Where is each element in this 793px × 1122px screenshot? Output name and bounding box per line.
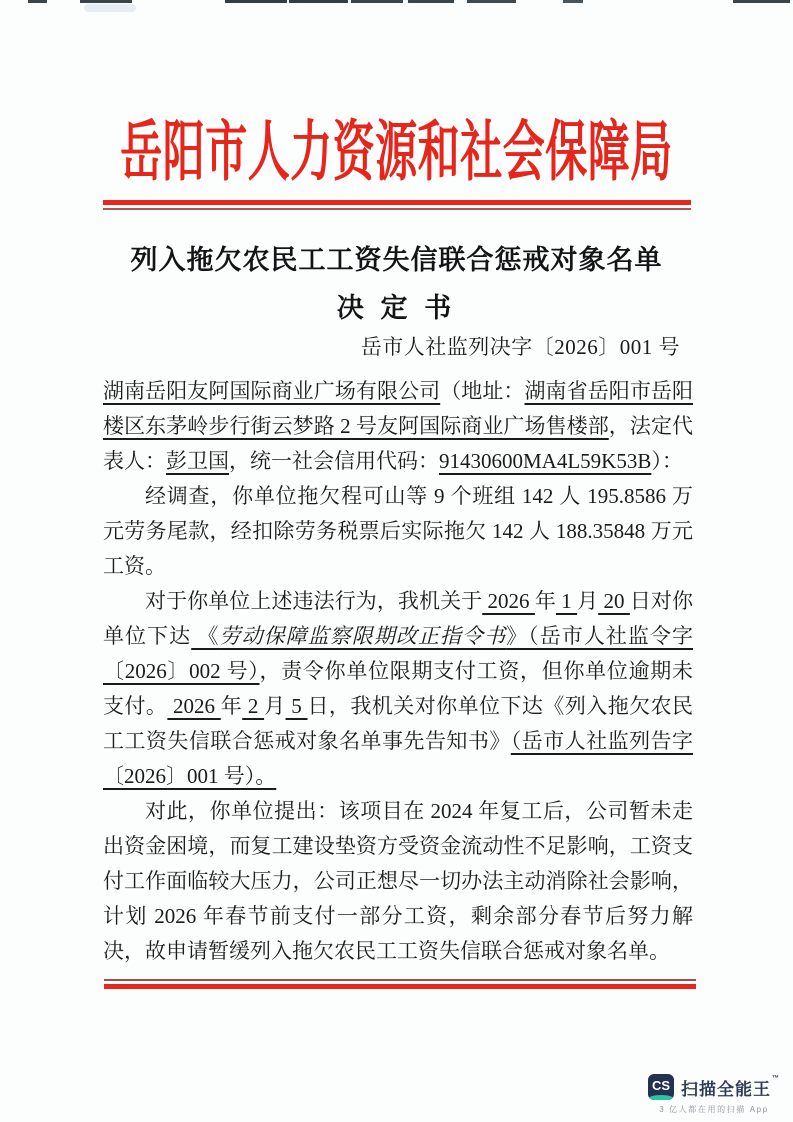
scan-artifact (225, 0, 287, 3)
body-paragraph: 对此，你单位提出：该项目在 2024 年复工后，公司暂未走出资金困境，而复工建设… (103, 794, 693, 969)
trademark-symbol: ™ (772, 1075, 780, 1082)
camscanner-tagline: 3 亿人都在用的扫描 App (648, 1104, 780, 1115)
underlined-entry: 20 (598, 589, 630, 613)
underlined-entry: 2026 (482, 589, 535, 613)
camscanner-app-name: 扫描全能王™ (681, 1075, 780, 1100)
underlined-entry: 湖南岳阳友阿国际商业广场有限公司 (103, 379, 440, 403)
camscanner-logo-swoosh (648, 1095, 674, 1100)
scan-artifact (563, 0, 583, 3)
scan-artifact (408, 0, 454, 3)
footer-divider-thick-bar (104, 984, 696, 989)
scan-artifact (467, 0, 516, 3)
camscanner-logo-text: CS (652, 1075, 670, 1097)
document-title-line2: 决 定 书 (0, 286, 793, 325)
camscanner-app-name-text: 扫描全能王 (681, 1080, 771, 1099)
body-paragraph: 湖南岳阳友阿国际商业广场有限公司（地址：湖南省岳阳市岳阳楼区东茅岭步行街云梦路 … (103, 374, 693, 479)
text-run: 经调查，你单位拖欠程可山等 9 个班组 142 人 195.8586 万元劳务尾… (103, 484, 693, 578)
scan-artifact (80, 0, 132, 3)
text-run: 对于你单位上述违法行为，我机关于 (145, 589, 482, 613)
text-run: 对此，你单位提出：该项目在 2024 年复工后，公司暂未走出资金困境，而复工建设… (103, 799, 693, 963)
underlined-entry: 2026 (167, 694, 220, 718)
text-run: 年 (535, 589, 556, 613)
text-run: ，统一社会信用代码： (229, 449, 439, 473)
text-run: 月 (264, 694, 285, 718)
underlined-entry: 91430600MA4L59K53B (439, 449, 651, 473)
document-title-line1: 列入拖欠农民工工资失信联合惩戒对象名单 (0, 238, 793, 277)
text-run: ）： (651, 449, 683, 473)
underlined-entry: 彭卫国 (166, 449, 229, 473)
underlined-entry: 2 (242, 694, 264, 718)
body-paragraph: 经调查，你单位拖欠程可山等 9 个班组 142 人 195.8586 万元劳务尾… (103, 479, 693, 584)
scan-artifact (289, 0, 348, 3)
header-divider-thin-bar (103, 208, 691, 210)
scan-artifact (84, 4, 136, 12)
scan-artifact (351, 0, 403, 3)
text-run: 年 (221, 694, 242, 718)
underlined-entry: 《 (191, 624, 219, 648)
scan-artifact (28, 0, 47, 3)
document-body: 湖南岳阳友阿国际商业广场有限公司（地址：湖南省岳阳市岳阳楼区东茅岭步行街云梦路 … (103, 374, 693, 969)
text-run: （地址： (440, 379, 524, 403)
document-number: 岳市人社监列决字〔2026〕001 号 (361, 331, 680, 361)
document-title: 列入拖欠农民工工资失信联合惩戒对象名单 决 定 书 (0, 238, 793, 325)
underlined-entry: 劳动保障监察限期改正指令书 (220, 624, 507, 648)
header-divider-line (103, 200, 691, 210)
scan-artifact (733, 0, 790, 3)
footer-divider-line (104, 979, 696, 989)
scanned-document-page: 岳阳市人力资源和社会保障局 列入拖欠农民工工资失信联合惩戒对象名单 决 定 书 … (0, 0, 793, 1122)
underlined-entry: 5 (286, 694, 308, 718)
underlined-entry: 1 (556, 589, 577, 613)
body-paragraph: 对于你单位上述违法行为，我机关于 2026 年 1 月 20 日对你单位下达 《… (103, 584, 693, 794)
camscanner-logo-icon: CS (648, 1074, 674, 1100)
text-run: 月 (577, 589, 598, 613)
camscanner-watermark: CS 扫描全能王™ 3 亿人都在用的扫描 App (648, 1074, 780, 1115)
